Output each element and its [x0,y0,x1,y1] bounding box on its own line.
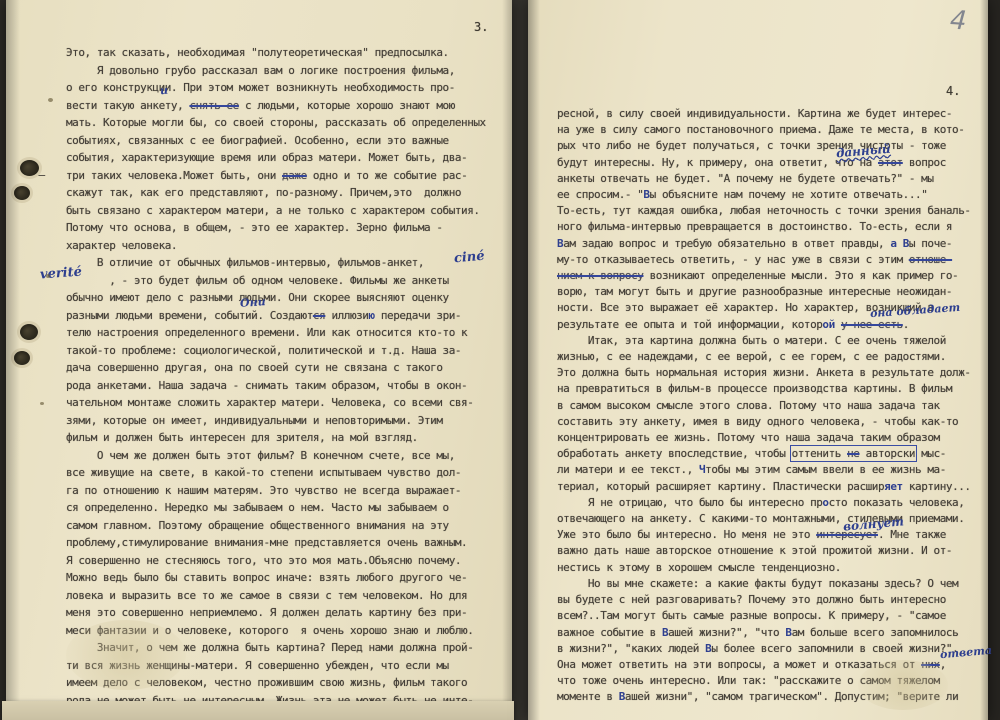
text-line: Вам задаю вопрос и требую обязательно в … [557,236,985,252]
archival-scan: 3. Это, так сказать, необходимая "полуте… [0,0,1000,720]
text-line: обработать анкету впоследствие, чтобы от… [557,446,985,462]
text-line: отвечающего на анкету. С какими-то монта… [557,511,985,527]
handwritten-cine: ciné [453,249,485,267]
text-line: , - это будет фильм об одном человеке. Ф… [66,272,506,290]
text-line: Можно ведь было бы ставить вопрос иначе:… [66,569,506,587]
text-line: составить эту анкету, имея в виду одного… [557,414,985,430]
text-line: результате ее опыта и той информации, ко… [557,317,985,333]
text-line: телю настроения определенного времени. И… [66,324,506,342]
punch-hole [14,351,30,365]
text-line: Но вы мне скажете: а какие факты будут п… [557,576,985,592]
paper-stain [858,660,948,710]
handwritten-correction: и [159,84,168,98]
text-line: ресной, в силу своей индивидуальности. К… [557,106,985,122]
text-line: ного фильма-интервью превращается в дост… [557,219,985,235]
text-line: все живущие на свете, в какой-то степени… [66,464,506,482]
text-line: нием к вопросу возникают определенные мы… [557,268,985,284]
margin-dash: – [38,168,45,182]
underlying-sheet [2,701,514,720]
paper-speck [48,98,53,102]
page-number: 4. [946,84,960,98]
page-text: Это, так сказать, необходимая "полутеоре… [66,44,506,709]
text-line: ли матери и ее текст., Чтобы мы этим сам… [557,462,985,478]
text-line: зями, которые он имеет, индивидуальными … [66,412,506,430]
text-line: меня это совершенно неприемлемо. Я долже… [66,604,506,622]
punch-hole [20,160,39,176]
text-line: Я довольно грубо рассказал вам о логике … [66,62,506,80]
text-line: Потому что основа, в общем, - это ее хар… [66,219,506,237]
text-line: дача совершенно другая, она по своей сут… [66,359,506,377]
page-text: ресной, в силу своей индивидуальности. К… [557,106,985,706]
paper-speck [46,274,50,278]
text-line: га по отношению к нашим матерям. Это чув… [66,482,506,500]
text-line: события, характеризующие время или образ… [66,149,506,167]
text-line: будут интересны. Ну, к примеру, она отве… [557,155,985,171]
text-line: ее спросим.- "Вы объясните нам почему не… [557,187,985,203]
text-line: анкеты отвечать не будет. "А почему не б… [557,171,985,187]
page-number: 3. [474,20,488,34]
text-line: о его конструкции. При этом может возник… [66,79,506,97]
text-line: В отличие от обычных фильмов-интервью, ф… [66,254,506,272]
text-line: в самом высоком смысле этого слова. Пото… [557,398,985,414]
text-line: проблему,стимулирование внимания-мне пре… [66,534,506,552]
text-line: нестись к этому в хорошем смысле тенденц… [557,560,985,576]
text-line: Это должна быть нормальная история жизни… [557,365,985,381]
handwritten-oni: Они [240,295,266,310]
text-line: чательном монтаже сложить характер матер… [66,394,506,412]
text-line: скажут так, как его представляют, по-раз… [66,184,506,202]
text-line: Я совершенно не стесняюсь того, что это … [66,552,506,570]
text-line: характер человека. [66,237,506,255]
text-line: ся определенно. Нередко мы забываем о не… [66,499,506,517]
text-line: ворю, там могут быть и другие разнообраз… [557,284,985,300]
text-line: концентрировать ее жизнь. Потому что наш… [557,430,985,446]
text-line: О чем же должен быть этот фильм? В конеч… [66,447,506,465]
text-line: вы будете с ней разговаривать? Почему эт… [557,592,985,608]
paper-stain [66,620,186,690]
text-line: три таких человека.Может быть, они даже … [66,167,506,185]
text-line: такой-то проблеме: социологической, поли… [66,342,506,360]
text-line: фильм и должен быть интересен для зрител… [66,429,506,447]
text-line: Я не отрицаю, что было бы интересно прос… [557,495,985,511]
left-page: 3. Это, так сказать, необходимая "полуте… [6,0,512,705]
text-line: самом главном. Поэтому обращение обществ… [66,517,506,535]
text-line: жизнью, с ее надеждами, с ее верой, с ее… [557,349,985,365]
text-line: Уже это было бы интересно. Но меня не эт… [557,527,985,543]
text-line: важное событие в Вашей жизни?", "что Вам… [557,625,985,641]
text-line: То-есть, тут каждая ошибка, любая неточн… [557,203,985,219]
text-line: всем?..Там могут быть самые разные вопро… [557,608,985,624]
pencil-page-number: 4 [949,5,968,36]
right-page: 4. ресной, в силу своей индивидуальности… [528,0,988,720]
text-line: событиях, связанных с ее биографией. Осо… [66,132,506,150]
text-line: обычно имеют дело с разными людьми. Они … [66,289,506,307]
paper-speck [40,402,44,405]
text-line: в жизни?", "каких людей Вы более всего з… [557,641,985,657]
text-line: мать. Которые могли бы, со своей стороны… [66,114,506,132]
punch-hole [20,324,38,340]
text-line: рых что либо не будет получаться, с точк… [557,138,985,154]
punch-hole [14,186,30,200]
text-line: Это, так сказать, необходимая "полутеоре… [66,44,506,62]
text-line: териал, который расширяет картину. Пласт… [557,479,985,495]
text-line: на уже в силу самого постановочного прие… [557,122,985,138]
text-line: вести такую анкету, снять ее с людьми, к… [66,97,506,115]
text-line: важно дать наше авторское отношение к эт… [557,543,985,559]
text-line: Итак, эта картина должна быть о матери. … [557,333,985,349]
text-line: ловека и выразить все то же самое в связ… [66,587,506,605]
text-line: му-то отказываетесь ответить, - у нас уж… [557,252,985,268]
text-line: на превратиться в фильм-в процессе произ… [557,381,985,397]
text-line: рода анкетами. Наша задача - снимать так… [66,377,506,395]
text-line: быть связано с характером матери, а не т… [66,202,506,220]
page-edge-shadow [528,0,540,720]
text-line: разными людьми времени, событий. Создают… [66,307,506,325]
